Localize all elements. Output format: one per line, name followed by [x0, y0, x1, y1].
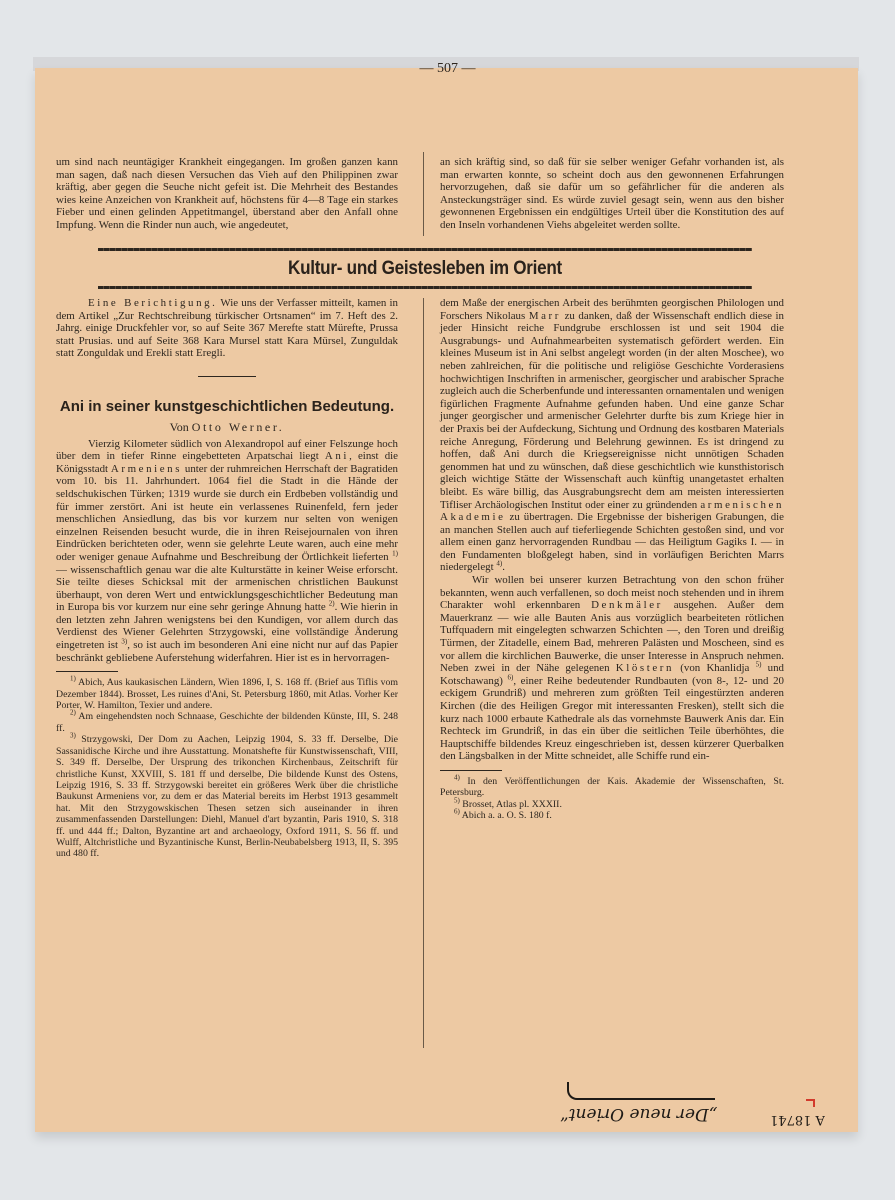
- footnote-4: 4) In den Veröffentlichungen der Kais. A…: [440, 776, 784, 799]
- article-paragraph-1: Vierzig Kilometer südlich von Alexandrop…: [56, 438, 398, 665]
- page-number: — 507 —: [0, 63, 895, 76]
- footnotes-left: 1) Abich, Aus kaukasischen Ländern, Wien…: [56, 677, 398, 860]
- footnote-6: 6) Abich a. a. O. S. 180 f.: [440, 810, 784, 821]
- footnote-2: 2) Am eingehendsten noch Schnaase, Gesch…: [56, 711, 398, 734]
- column-divider-top: [423, 152, 424, 236]
- correction-notice: Eine Berichtigung. Wie uns der Verfasser…: [56, 297, 398, 360]
- left-column: Eine Berichtigung. Wie uns der Verfasser…: [56, 297, 398, 860]
- footnote-rule-left: [56, 671, 118, 672]
- section-rule-bottom: [98, 286, 752, 289]
- article-paragraph-3: Wir wollen bei unserer kurzen Betrachtun…: [440, 574, 784, 763]
- continuation-left-text: um sind nach neuntägiger Krankheit einge…: [56, 156, 398, 232]
- red-corner-mark: [806, 1099, 815, 1107]
- continuation-right-column: an sich kräftig sind, so daß für sie sel…: [440, 156, 784, 232]
- continuation-right-text: an sich kräftig sind, so daß für sie sel…: [440, 156, 784, 232]
- article-byline: Von Otto Werner.: [56, 421, 398, 434]
- handwritten-underline: [567, 1082, 715, 1100]
- footnote-3: 3) Strzygowski, Der Dom zu Aachen, Leipz…: [56, 734, 398, 859]
- footnote-rule-right: [440, 770, 502, 771]
- article-title: Ani in seiner kunstgeschichtlichen Bedeu…: [56, 397, 398, 417]
- column-divider-main: [423, 298, 424, 1048]
- section-title: Kultur- und Geistesleben im Orient: [131, 258, 720, 280]
- footnote-1: 1) Abich, Aus kaukasischen Ländern, Wien…: [56, 677, 398, 711]
- right-column: dem Maße der energischen Arbeit des berü…: [440, 297, 784, 822]
- inventory-number: A 18741: [770, 1112, 825, 1127]
- author-name: Otto Werner.: [192, 420, 285, 434]
- separator-rule: [198, 376, 256, 377]
- footnote-ref-1: 1): [392, 549, 398, 557]
- correction-lead: Eine Berichtigung.: [88, 297, 217, 309]
- handwritten-title: „Der neue Orient“: [560, 1104, 717, 1124]
- continuation-left-column: um sind nach neuntägiger Krankheit einge…: [56, 156, 398, 232]
- section-rule-top: [98, 248, 752, 251]
- footnote-5: 5) Brosset, Atlas pl. XXXII.: [440, 799, 784, 810]
- footnotes-right: 4) In den Veröffentlichungen der Kais. A…: [440, 776, 784, 822]
- article-paragraph-2: dem Maße der energischen Arbeit des berü…: [440, 297, 784, 574]
